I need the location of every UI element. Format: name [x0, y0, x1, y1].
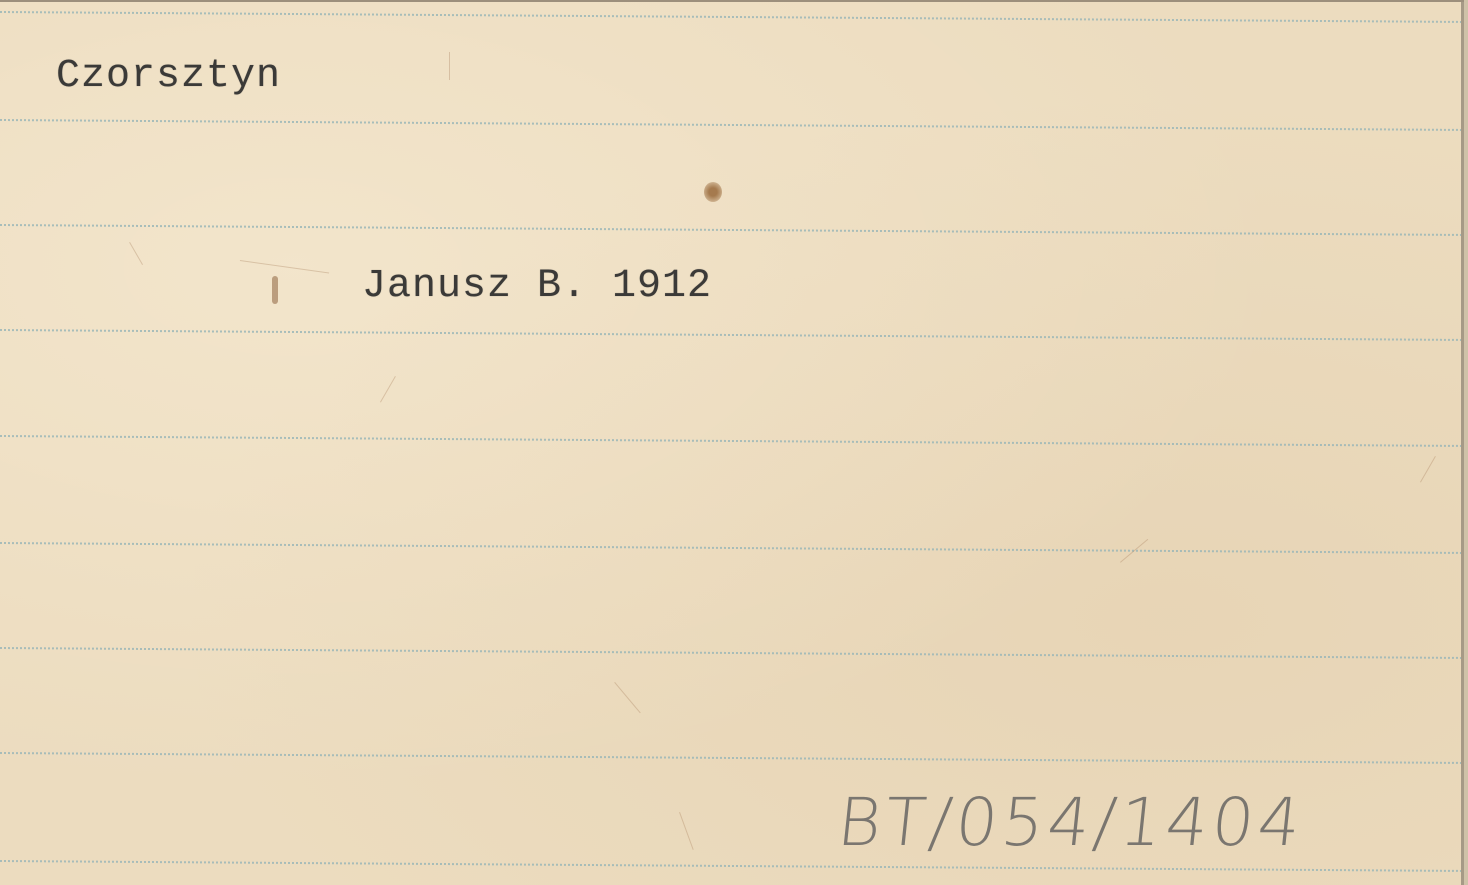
paper-fiber — [129, 242, 143, 265]
ruled-line — [0, 224, 1464, 236]
ruled-line — [0, 119, 1464, 131]
paper-fiber — [614, 682, 640, 713]
paper-fiber — [679, 812, 694, 850]
ruled-line — [0, 752, 1464, 764]
ruled-line — [0, 860, 1464, 872]
ruled-line — [0, 542, 1464, 554]
paper-fiber — [240, 260, 329, 274]
stain-mark — [272, 276, 278, 304]
paper-fiber — [449, 52, 450, 80]
ruled-line — [0, 435, 1464, 447]
ruled-line — [0, 329, 1464, 341]
ruled-line — [0, 11, 1464, 23]
place-name: Czorsztyn — [56, 54, 281, 99]
person-entry: Janusz B. 1912 — [362, 264, 712, 309]
ruled-line — [0, 647, 1464, 659]
reference-code: BT/054/1404 — [834, 784, 1308, 861]
stain-spot — [704, 182, 722, 202]
paper-fiber — [1420, 456, 1436, 482]
paper-fiber — [380, 376, 396, 402]
index-card: Czorsztyn Janusz B. 1912 BT/054/1404 — [0, 0, 1464, 885]
